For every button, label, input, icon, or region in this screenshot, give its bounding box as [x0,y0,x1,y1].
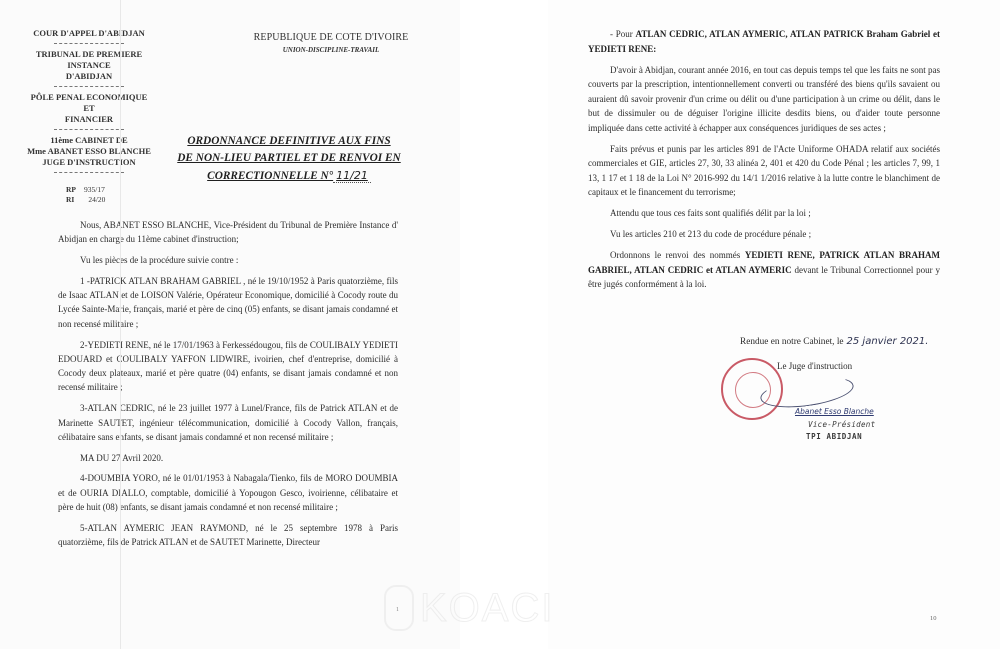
right-body-text: - Pour ATLAN CEDRIC, ATLAN AYMERIC, ATLA… [588,27,940,298]
divider [54,43,124,44]
ordinance-title: ORDONNANCE DEFINITIVE AUX FINS DE NON-LI… [176,133,402,185]
koaci-logo-icon [384,585,414,631]
title-line: ORDONNANCE DEFINITIVE AUX FINS [176,133,402,150]
watermark: KOACI [384,585,554,631]
court-line: PÔLE PENAL ECONOMIQUE ET [24,92,154,114]
title-line: DE NON-LIEU PARTIEL ET DE RENVOI EN [176,150,402,167]
court-line: TRIBUNAL DE PREMIERE [24,49,154,60]
republic-header: REPUBLIQUE DE COTE D'IVOIRE UNION-DISCIP… [246,32,416,54]
fold-line [120,0,121,649]
republic-motto: UNION-DISCIPLINE-TRAVAIL [246,46,416,54]
court-line: D'ABIDJAN [24,71,154,82]
court-header: COUR D'APPEL D'ABIDJAN TRIBUNAL DE PREMI… [24,28,154,178]
paragraph: - Pour ATLAN CEDRIC, ATLAN AYMERIC, ATLA… [588,27,940,56]
court-line: Mme ABANET ESSO BLANCHE [24,146,154,157]
title-line: CORRECTIONNELLE N°11/21 [176,167,402,185]
court-line: JUGE D'INSTRUCTION [24,157,154,168]
judge-label: Le Juge d'instruction [777,361,852,371]
paragraph: Attendu que tous ces faits sont qualifié… [588,206,940,221]
paragraph: 5-ATLAN AYMERIC JEAN RAYMOND, né le 25 s… [58,521,398,550]
handwritten-date: 25 janvier 2021. [847,336,929,347]
paragraph: Vu les pièces de la procédure suivie con… [58,253,398,267]
divider [54,86,124,87]
left-body-text: Nous, ABANET ESSO BLANCHE, Vice-Présiden… [58,218,398,556]
paragraph: Nous, ABANET ESSO BLANCHE, Vice-Présiden… [58,218,398,247]
paragraph: MA DU 27 Avril 2020. [58,451,398,465]
signature-name: Abanet Esso Blanche [795,407,874,416]
republic-name: REPUBLIQUE DE COTE D'IVOIRE [246,32,416,43]
paragraph: Vu les articles 210 et 213 du code de pr… [588,227,940,242]
court-line: 11ème CABINET DE [24,135,154,146]
ri-reference: RI24/20 [66,195,105,205]
divider [54,172,124,173]
paragraph: 1 -PATRICK ATLAN BRAHAM GABRIEL , né le … [58,274,398,331]
rp-reference: RP935/17 [66,185,105,195]
page-gap [460,0,548,649]
paragraph: Ordonnons le renvoi des nommés YEDIETI R… [588,248,940,292]
divider [54,129,124,130]
paragraph: 3-ATLAN CEDRIC, né le 23 juillet 1977 à … [58,401,398,444]
court-line: INSTANCE [24,60,154,71]
page-number: 10 [930,615,937,622]
paragraph: 4-DOUMBIA YORO, né le 01/01/1953 à Nabag… [58,471,398,514]
court-line: FINANCIER [24,114,154,125]
signature-role: Vice-Président [808,420,875,429]
court-line: COUR D'APPEL D'ABIDJAN [24,28,154,39]
ordinance-number: 11/21 [333,169,371,183]
signature-court: TPI ABIDJAN [806,432,862,441]
paragraph: Faits prévus et punis par les articles 8… [588,142,940,200]
document-page-left: COUR D'APPEL D'ABIDJAN TRIBUNAL DE PREMI… [0,0,460,649]
rendered-date-line: Rendue en notre Cabinet, le25 janvier 20… [740,336,928,347]
case-references: RP935/17 RI24/20 [66,185,105,205]
watermark-text: KOACI [420,586,554,631]
paragraph: D'avoir à Abidjan, courant année 2016, e… [588,63,940,136]
paragraph: 2-YEDIETI RENE, né le 17/01/1963 à Ferke… [58,338,398,395]
